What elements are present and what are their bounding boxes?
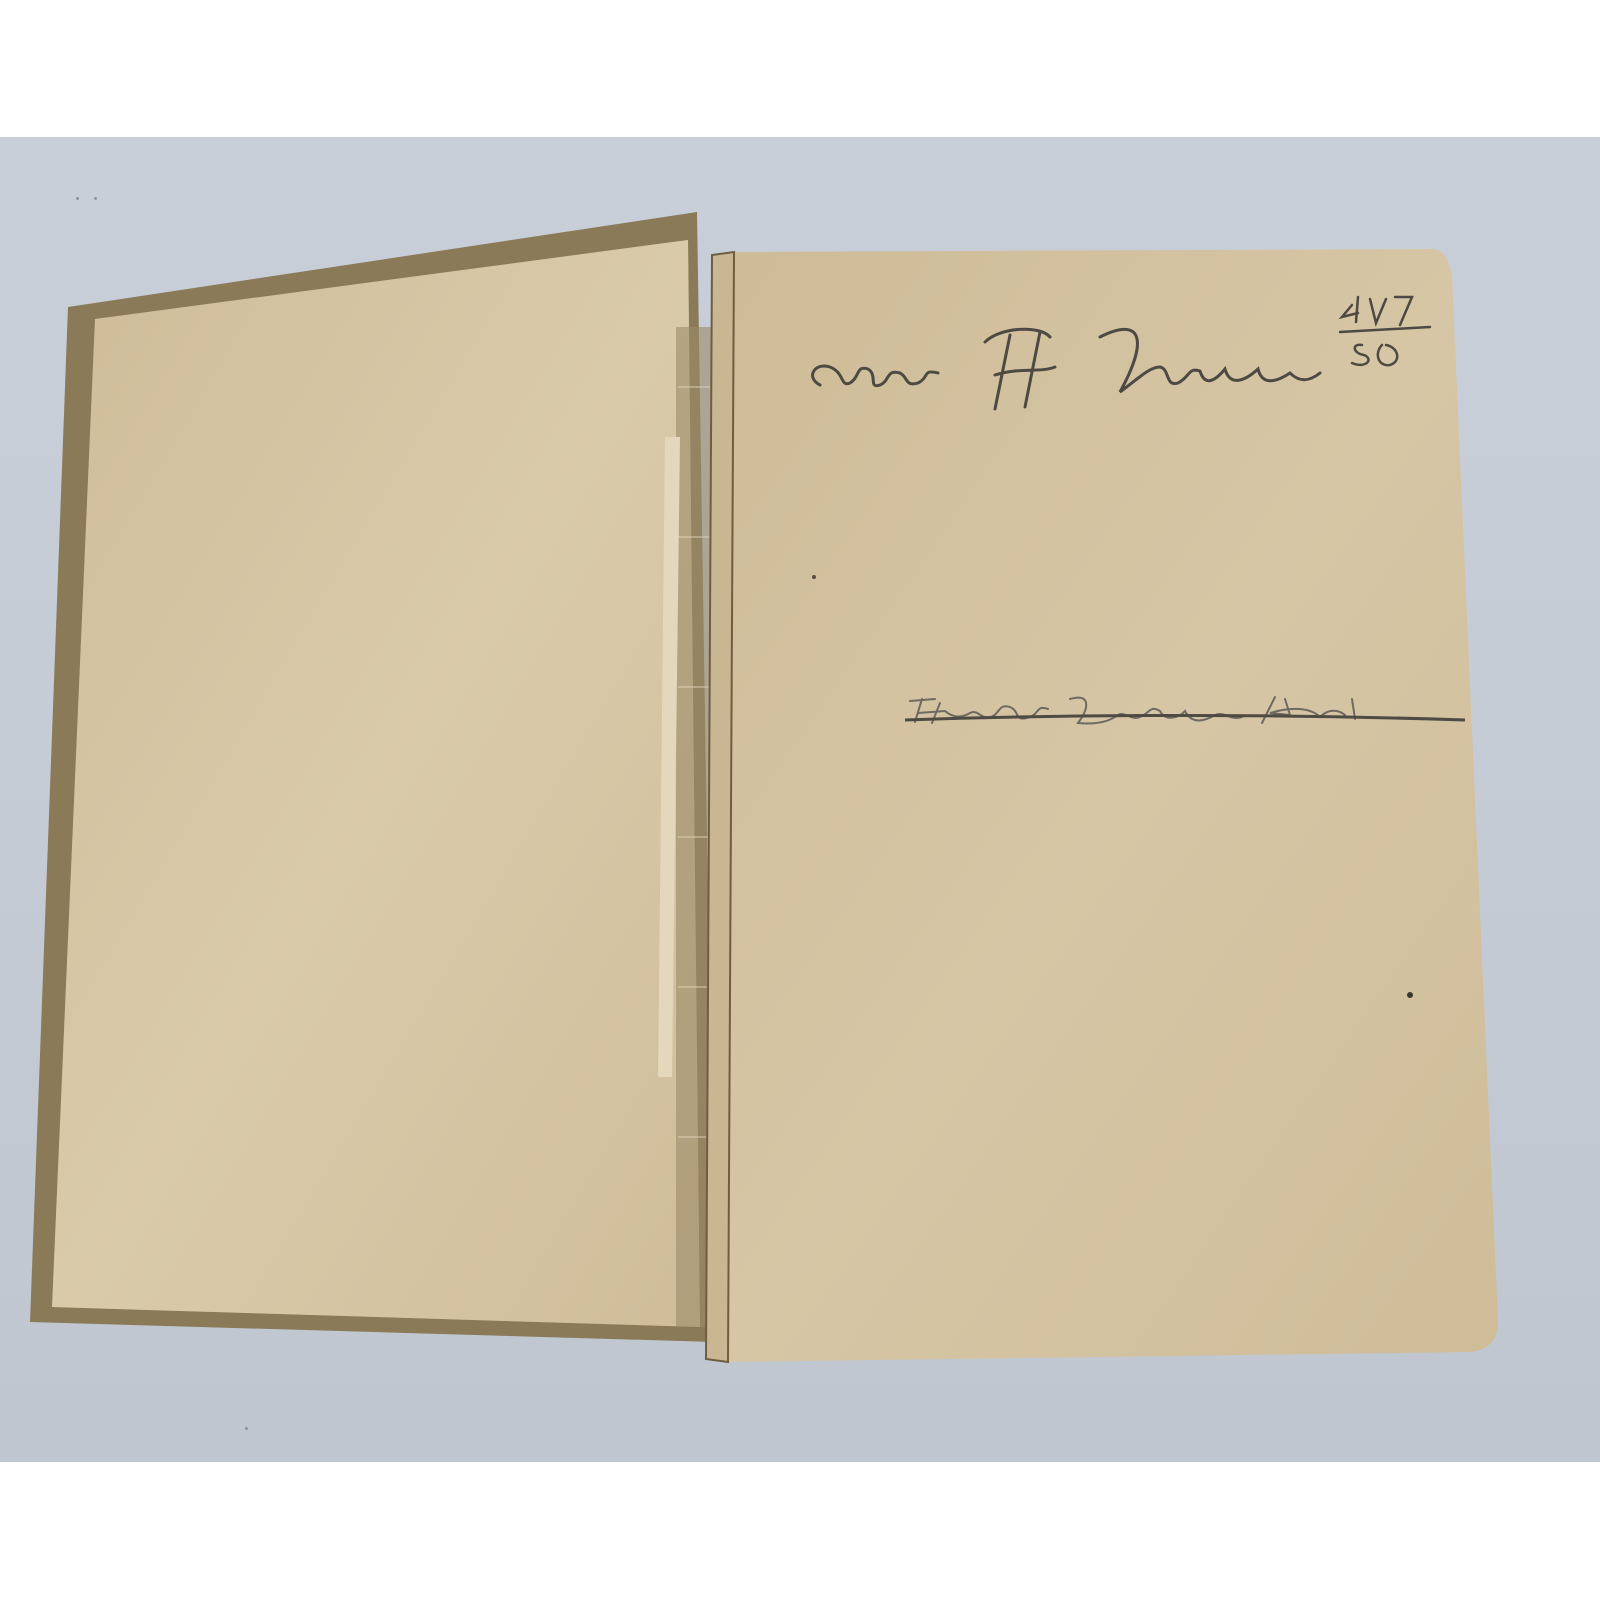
front-cover-board (30, 212, 715, 1342)
pastedown-endpaper (52, 240, 700, 1327)
page-block-edge (706, 252, 734, 1362)
dust-speck (245, 1427, 248, 1430)
right-page (725, 249, 1498, 1362)
dust-speck (76, 197, 79, 200)
photo-frame: Mrs H Virchow 4/17 50 Helen Louise Hoit (0, 137, 1600, 1462)
exposed-binding-mesh (676, 327, 720, 1327)
foxing-spot (1407, 992, 1413, 998)
open-book (0, 137, 1600, 1462)
foxing-spot (812, 575, 816, 579)
dust-speck (94, 197, 97, 200)
torn-hinge-strip (658, 437, 680, 1077)
